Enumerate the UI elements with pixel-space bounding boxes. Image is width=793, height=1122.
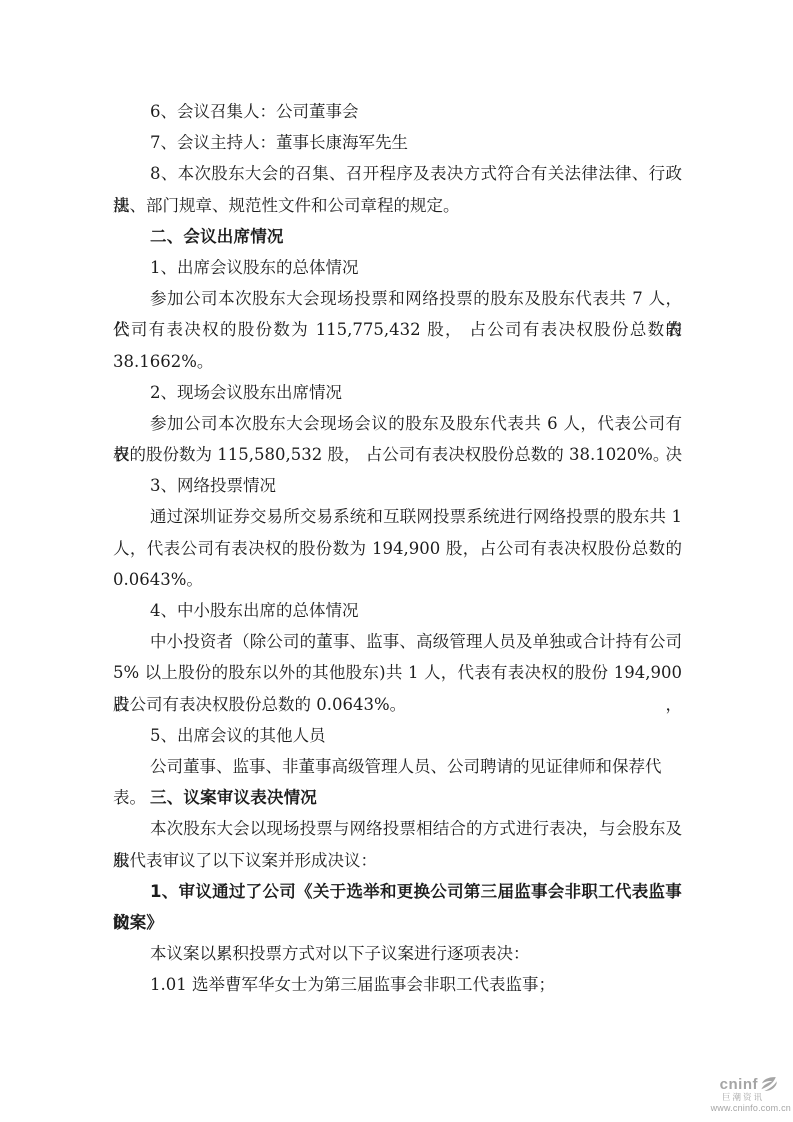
cninfo-swirl-icon xyxy=(759,1076,777,1092)
document-line: 权的股份数为 115,580,532 股， 占公司有表决权股份总数的 38.10… xyxy=(113,439,682,470)
document-line: 5、出席会议的其他人员 xyxy=(113,720,682,751)
document-line: 参加公司本次股东大会现场会议的股东及股东代表共 6 人，代表公司有表决 xyxy=(113,408,682,439)
document-line: 2、现场会议股东出席情况 xyxy=(113,377,682,408)
document-line: 规、部门规章、规范性文件和公司章程的规定。 xyxy=(113,190,682,221)
section-heading: 二、会议出席情况 xyxy=(113,221,682,252)
resolution-heading: 议案》 xyxy=(113,907,682,938)
document-line: 1、出席会议股东的总体情况 xyxy=(113,252,682,283)
document-body: 6、会议召集人：公司董事会 7、会议主持人：董事长康海军先生 8、本次股东大会的… xyxy=(113,96,682,1000)
document-line: 4、中小股东出席的总体情况 xyxy=(113,595,682,626)
document-line: 0.0643%。 xyxy=(113,564,682,595)
document-line: 8、本次股东大会的召集、召开程序及表决方式符合有关法律法律、行政法 xyxy=(113,158,682,189)
section-heading: 三、议案审议表决情况 xyxy=(113,782,682,813)
cninfo-logo: cninf 巨潮资讯 www.cninfo.com.cn xyxy=(711,1076,791,1113)
cninfo-url: www.cninfo.com.cn xyxy=(711,1103,791,1113)
document-line: 中小投资者（除公司的董事、监事、高级管理人员及单独或合计持有公司 xyxy=(113,626,682,657)
document-line: 东代表审议了以下议案并形成决议： xyxy=(113,845,682,876)
document-line: 7、会议主持人：董事长康海军先生 xyxy=(113,127,682,158)
document-line: 1.01 选举曹军华女士为第三届监事会非职工代表监事； xyxy=(113,969,682,1000)
resolution-heading: 1、审议通过了公司《关于选举和更换公司第三届监事会非职工代表监事的 xyxy=(113,876,682,907)
document-line: 本议案以累积投票方式对以下子议案进行逐项表决： xyxy=(113,938,682,969)
cninfo-logo-row: cninf xyxy=(711,1076,777,1092)
document-line: 人，代表公司有表决权的股份数为 194,900 股，占公司有表决权股份总数的 xyxy=(113,533,682,564)
document-line: 5% 以上股份的股东以外的其他股东)共 1 人，代表有表决权的股份 194,90… xyxy=(113,657,682,688)
document-line: 通过深圳证券交易所交易系统和互联网投票系统进行网络投票的股东共 1 xyxy=(113,501,682,532)
document-line: 参加公司本次股东大会现场投票和网络投票的股东及股东代表共 7 人，代表 xyxy=(113,283,682,314)
document-line: 公司董事、监事、非董事高级管理人员、公司聘请的见证律师和保荐代表。 xyxy=(113,751,682,782)
document-line: 本次股东大会以现场投票与网络投票相结合的方式进行表决，与会股东及股 xyxy=(113,813,682,844)
document-page: 6、会议召集人：公司董事会 7、会议主持人：董事长康海军先生 8、本次股东大会的… xyxy=(0,0,793,1122)
document-line: 公司有表决权的股份数为 115,775,432 股， 占公司有表决权股份总数的 xyxy=(113,314,682,345)
cninfo-brand-text: cninf xyxy=(720,1077,758,1092)
document-line: 6、会议召集人：公司董事会 xyxy=(113,96,682,127)
cninfo-chinese-name: 巨潮资讯 xyxy=(711,1093,764,1102)
document-line: 38.1662%。 xyxy=(113,346,682,377)
document-line: 3、网络投票情况 xyxy=(113,470,682,501)
